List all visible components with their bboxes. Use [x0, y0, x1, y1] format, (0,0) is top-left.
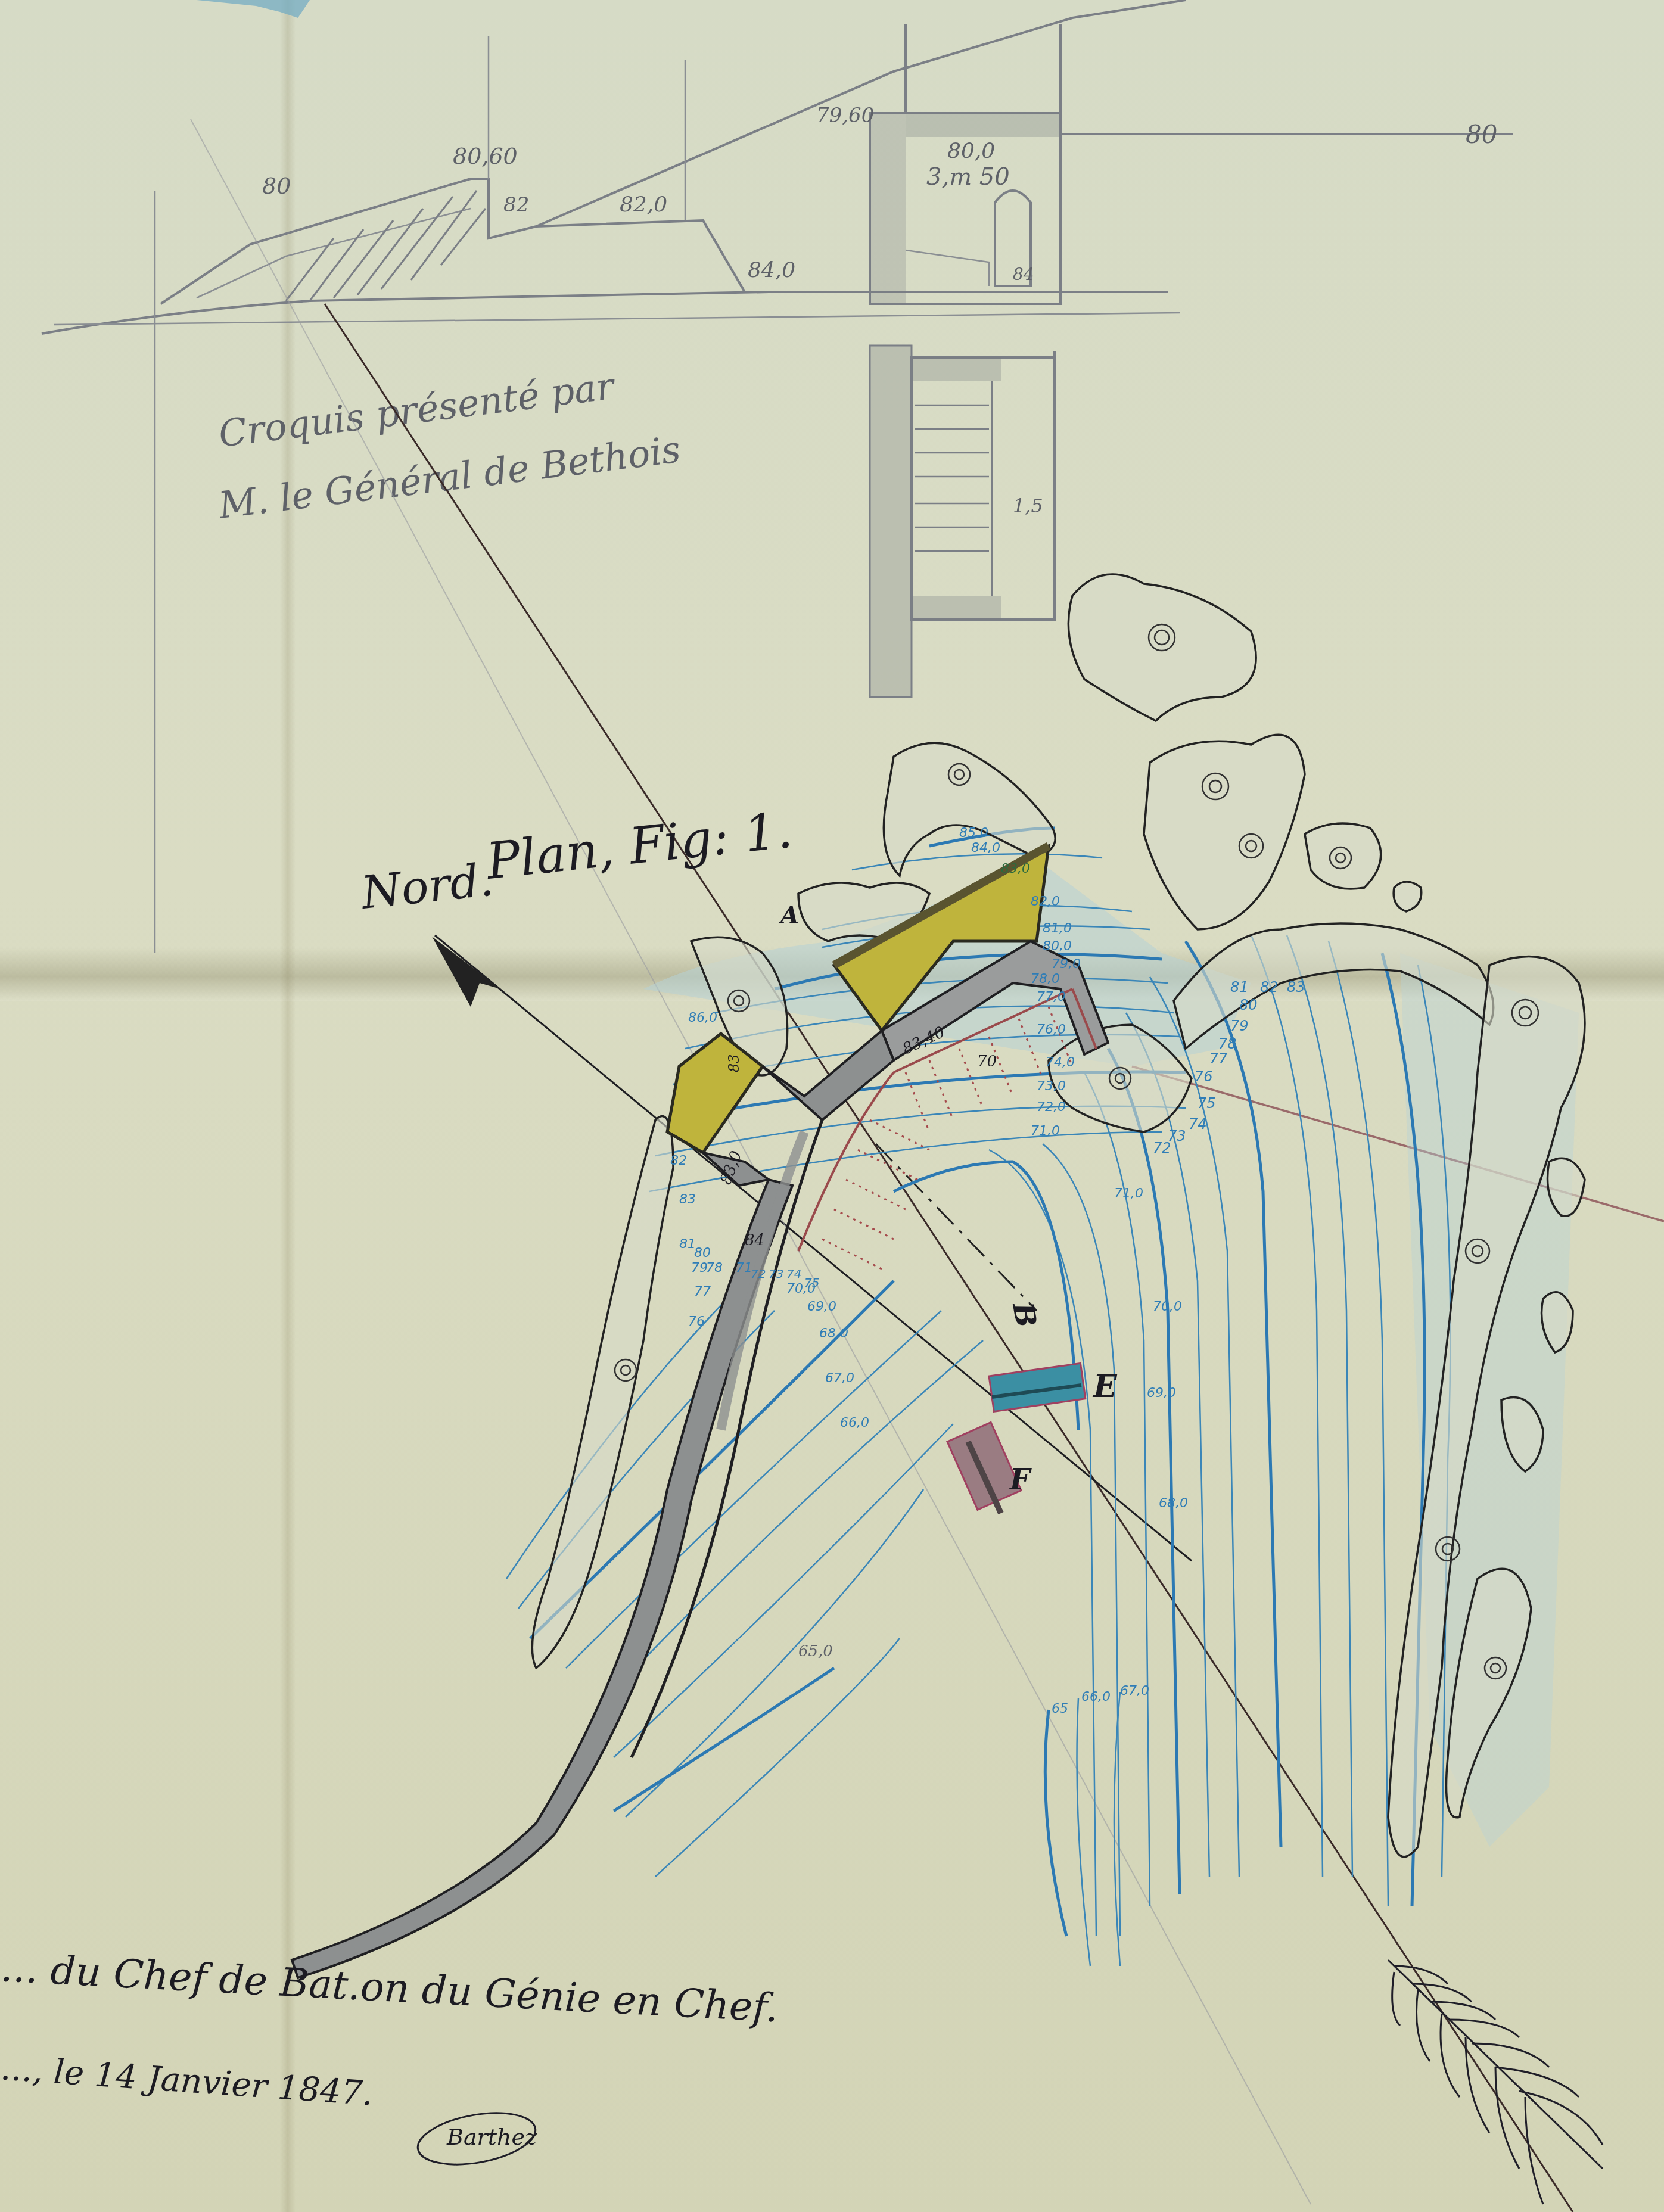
section-line-north: [325, 304, 1573, 2212]
svg-text:76,0: 76,0: [1037, 1022, 1066, 1037]
svg-text:84,0: 84,0: [971, 841, 1000, 855]
svg-text:72: 72: [751, 1267, 766, 1281]
svg-text:83: 83: [679, 1192, 696, 1207]
structure-label: 70: [977, 1053, 997, 1071]
point-label-B: B: [1006, 1299, 1043, 1330]
svg-text:79,0: 79,0: [1052, 957, 1081, 972]
guardhouse-plan: [912, 357, 1055, 620]
svg-text:78,0: 78,0: [1031, 972, 1060, 987]
elevation-label: 84,0: [748, 258, 795, 282]
svg-text:82: 82: [1260, 979, 1279, 995]
svg-text:77: 77: [694, 1284, 711, 1299]
svg-text:65: 65: [1052, 1701, 1068, 1716]
svg-text:70,0: 70,0: [1153, 1299, 1182, 1314]
elevation-label: 80,0: [947, 139, 995, 163]
signature: Barthez: [446, 2124, 537, 2150]
svg-text:76: 76: [1195, 1068, 1213, 1085]
svg-text:78: 78: [1218, 1035, 1237, 1052]
svg-text:85,0: 85,0: [959, 826, 988, 841]
svg-text:67,0: 67,0: [1120, 1684, 1149, 1698]
point-label-F: F: [1009, 1463, 1032, 1497]
svg-text:67,0: 67,0: [825, 1371, 854, 1386]
svg-text:83,0: 83,0: [1001, 861, 1030, 876]
top-water-wash: [197, 0, 310, 18]
svg-text:74: 74: [1189, 1116, 1207, 1133]
svg-text:74,0: 74,0: [1046, 1055, 1075, 1070]
svg-text:79: 79: [691, 1261, 708, 1275]
svg-text:83: 83: [1287, 979, 1305, 995]
svg-text:69,0: 69,0: [807, 1299, 836, 1314]
north-label: Nord.: [358, 853, 496, 919]
point-label-A: A: [778, 901, 799, 929]
svg-text:80: 80: [694, 1246, 711, 1261]
svg-text:76: 76: [688, 1314, 705, 1329]
svg-text:82,0: 82,0: [1031, 894, 1060, 909]
svg-text:72,0: 72,0: [1037, 1100, 1066, 1115]
drawing-canvas: 80 80,60 82 82,0 84,0 79,60 80,0 84 80 3…: [0, 0, 1664, 2212]
point-label-E: E: [1092, 1368, 1118, 1405]
footer-authority-line: ... du Chef de Bat.on du Génie en Chef.: [0, 1945, 779, 2031]
svg-text:68,0: 68,0: [819, 1326, 848, 1341]
svg-text:77,0: 77,0: [1037, 990, 1066, 1004]
svg-text:73,0: 73,0: [1037, 1079, 1066, 1094]
arrow-feather-icon: [1388, 1960, 1603, 2204]
svg-text:71,0: 71,0: [1114, 1186, 1143, 1201]
svg-text:81,0: 81,0: [1043, 921, 1072, 936]
svg-text:71,0: 71,0: [1031, 1124, 1060, 1138]
svg-text:70,0: 70,0: [786, 1281, 816, 1296]
svg-text:75: 75: [1198, 1095, 1216, 1112]
plan-dimension: 1,5: [1013, 494, 1043, 517]
footer-block: ... du Chef de Bat.on du Génie en Chef. …: [0, 1945, 779, 2173]
north-arrow-icon: [432, 937, 500, 1007]
svg-text:66,0: 66,0: [1081, 1690, 1111, 1704]
svg-text:71: 71: [736, 1261, 752, 1275]
structure-label: 83: [726, 1054, 742, 1072]
svg-text:78: 78: [706, 1261, 723, 1275]
elevation-label: 80: [1466, 120, 1497, 149]
svg-text:69,0: 69,0: [1147, 1386, 1176, 1401]
svg-text:80: 80: [1239, 997, 1258, 1013]
svg-text:81: 81: [1230, 979, 1249, 995]
svg-text:74: 74: [786, 1267, 801, 1281]
svg-text:66,0: 66,0: [840, 1415, 869, 1430]
svg-text:81: 81: [679, 1237, 696, 1252]
svg-text:82: 82: [670, 1153, 687, 1168]
svg-text:86,0: 86,0: [688, 1010, 717, 1025]
svg-text:65,0: 65,0: [798, 1642, 833, 1660]
parapet-hatching: [286, 191, 486, 301]
drawing-sheet: 80 80,60 82 82,0 84,0 79,60 80,0 84 80 3…: [0, 0, 1664, 2212]
svg-text:80,0: 80,0: [1043, 939, 1072, 954]
structure-label: 84: [745, 1231, 764, 1249]
width-dimension: 3,m 50: [926, 163, 1010, 191]
elevation-label: 80: [262, 173, 291, 199]
plan-title: Plan, Fig: 1.: [483, 801, 795, 891]
elevation-label: 79,60: [816, 104, 874, 127]
elevation-label: 82: [503, 193, 529, 217]
elevation-label: 84: [1013, 265, 1034, 284]
svg-text:77: 77: [1209, 1050, 1228, 1067]
svg-text:79: 79: [1230, 1018, 1249, 1034]
svg-text:72: 72: [1153, 1140, 1171, 1156]
elevation-label: 80,60: [453, 143, 518, 169]
elevation-label: 82,0: [620, 192, 667, 217]
svg-text:73: 73: [769, 1267, 783, 1281]
footer-date-line: ..., le 14 Janvier 1847.: [0, 2049, 374, 2114]
svg-text:68,0: 68,0: [1159, 1496, 1188, 1511]
